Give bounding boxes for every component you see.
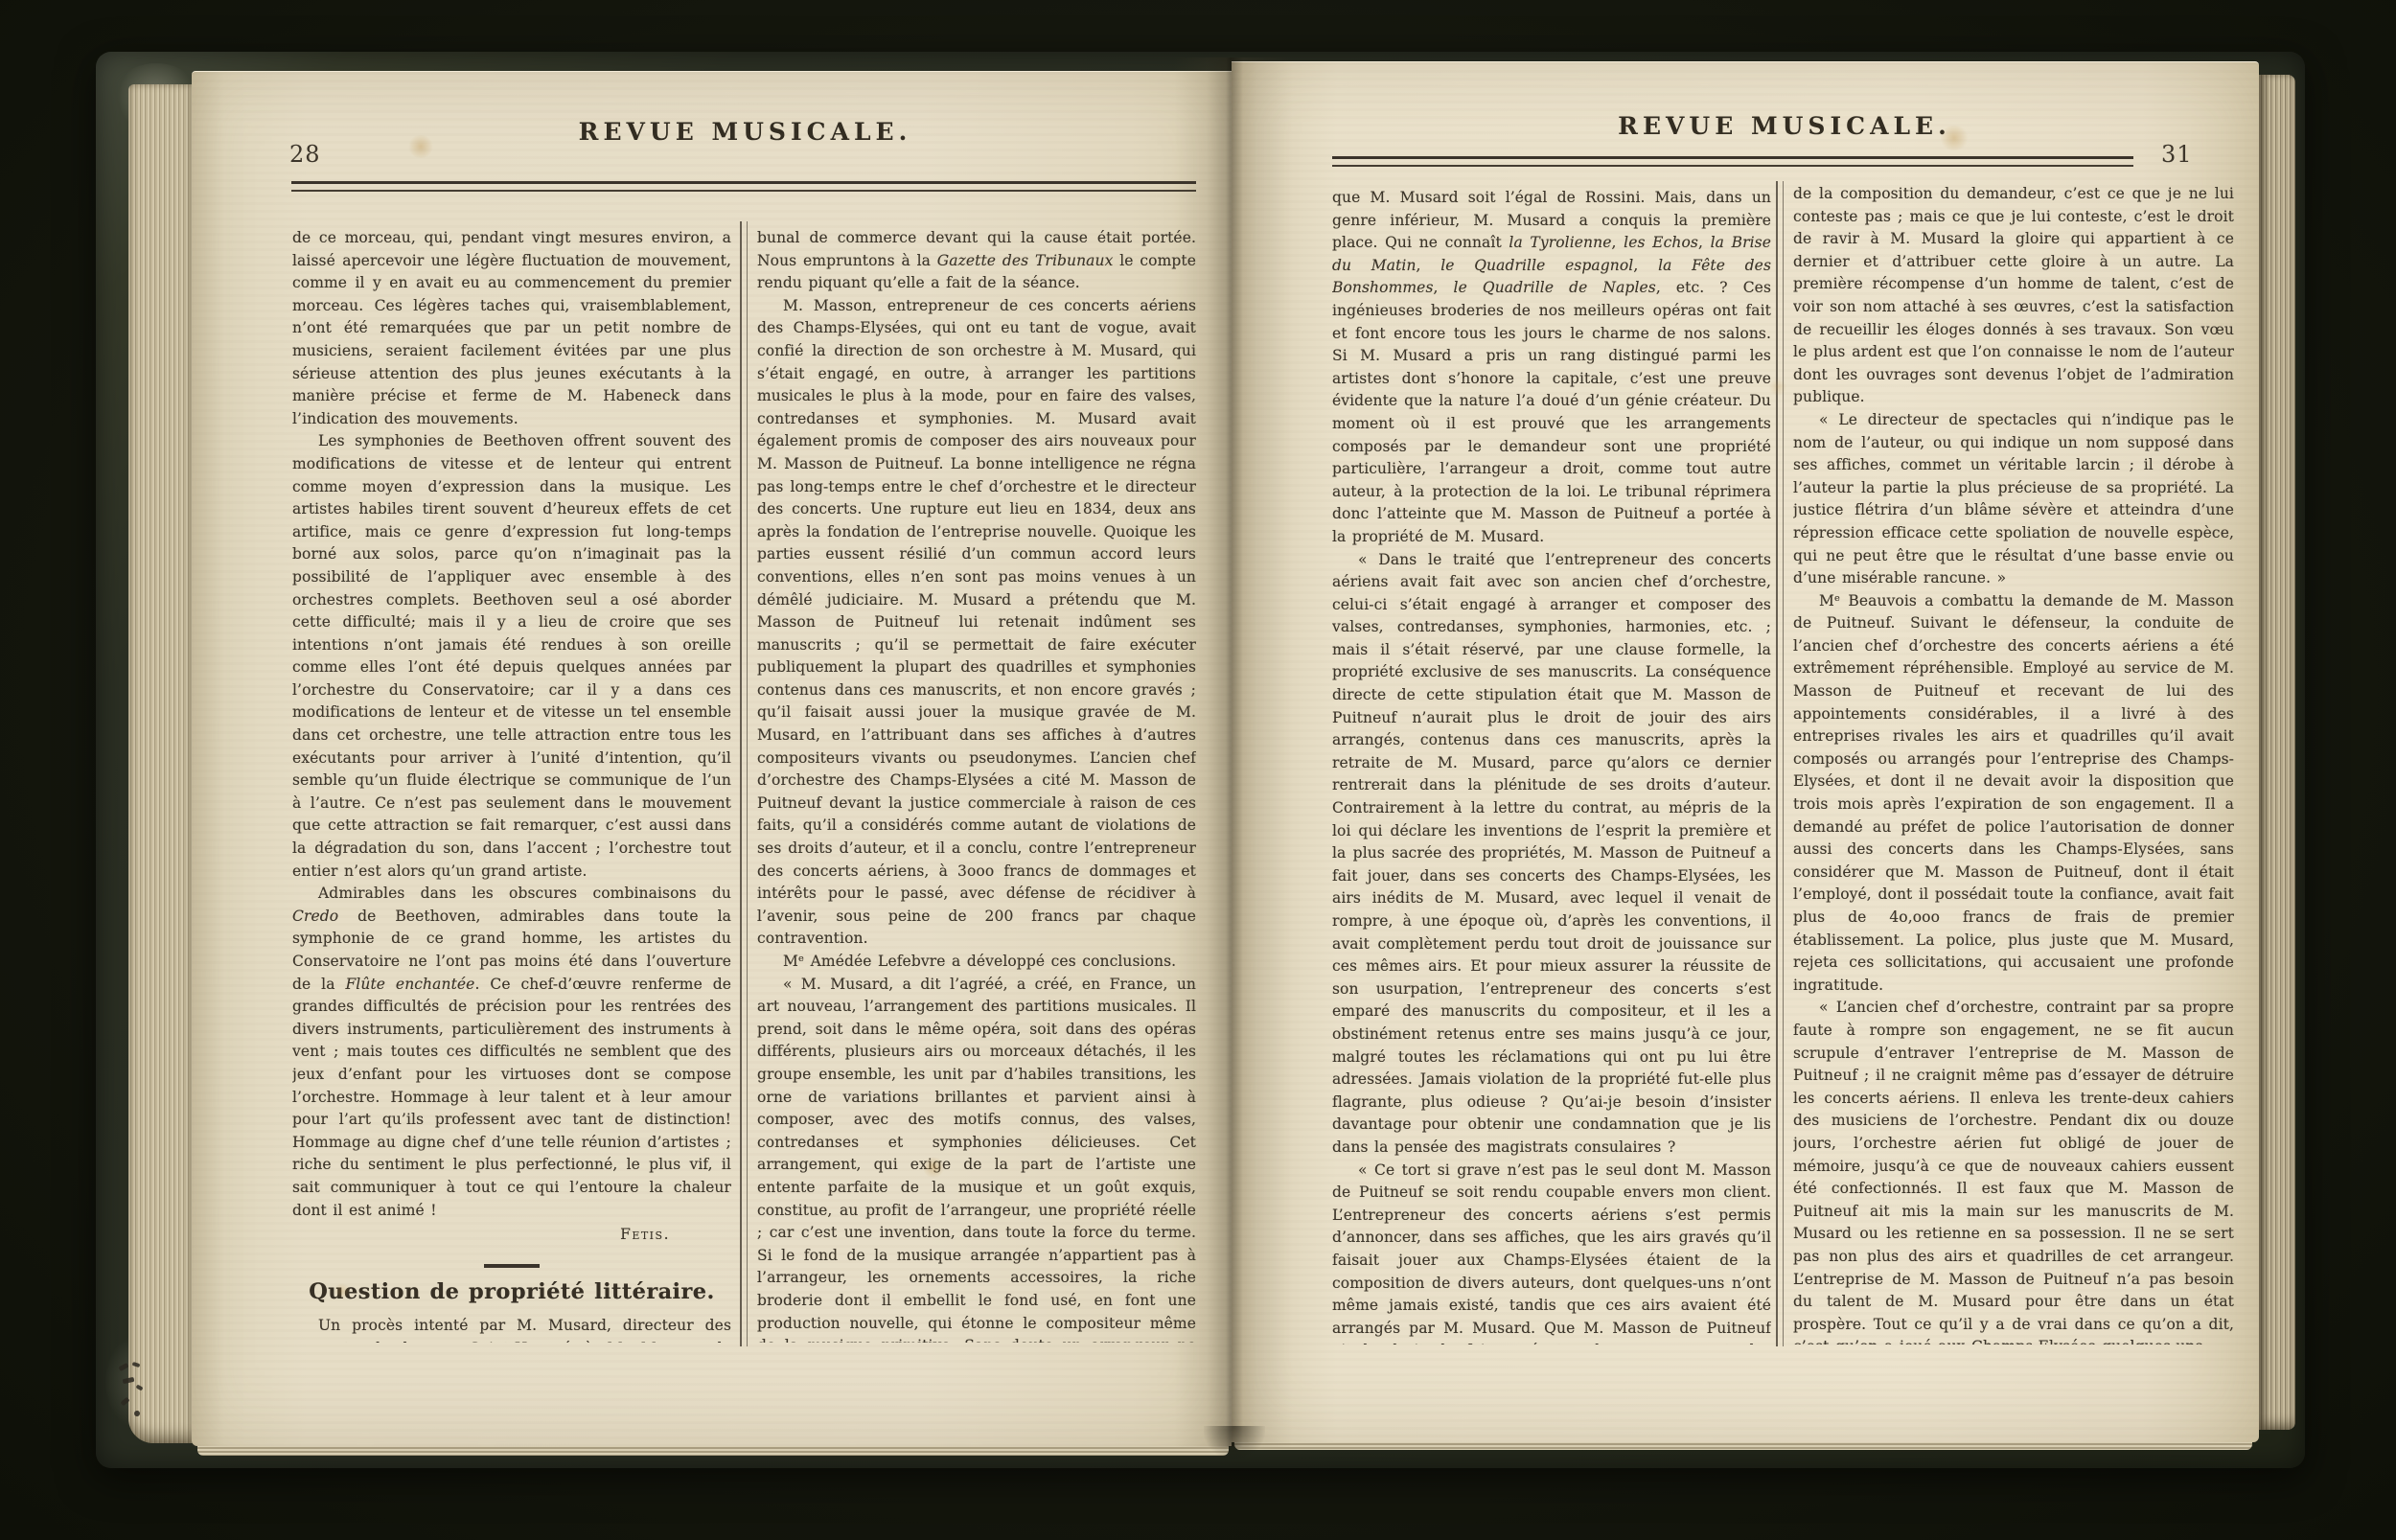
column-divider-right <box>1776 181 1784 1346</box>
paragraph: Les symphonies de Beethoven offrent souv… <box>292 430 731 883</box>
page-stack-bottom-left <box>197 1445 1229 1456</box>
page-stack-bottom-right <box>1234 1441 2252 1450</box>
text-column-left-2: bunal de commerce devant qui la cause ét… <box>757 227 1196 1343</box>
header-rule-right <box>1332 156 2133 167</box>
paragraph: Un procès intenté par M. Musard, directe… <box>292 1315 731 1343</box>
text-column-right-1: que M. Musard soit l’égal de Rossini. Ma… <box>1332 187 1771 1345</box>
page-left: 28 REVUE MUSICALE. de ce morceau, qui, p… <box>192 71 1232 1446</box>
paragraph: « Dans le traité que l’entrepreneur des … <box>1332 549 1771 1160</box>
paragraph: « Le directeur de spectacles qui n’indiq… <box>1793 409 2234 590</box>
page-stack-right <box>2259 75 2295 1430</box>
photo-background: 28 REVUE MUSICALE. de ce morceau, qui, p… <box>0 0 2396 1540</box>
header-rule-left <box>291 181 1196 192</box>
paragraph: Mᵉ Beauvois a combattu la demande de M. … <box>1793 590 2234 998</box>
page-stack-left <box>128 84 197 1443</box>
paragraph: Admirables dans les obscures combinaison… <box>292 883 731 1222</box>
section-divider-rule <box>484 1264 540 1268</box>
running-title-right: REVUE MUSICALE. <box>1332 112 2237 140</box>
paragraph: que M. Musard soit l’égal de Rossini. Ma… <box>1332 187 1771 549</box>
paragraph: M. Masson, entrepreneur de ces concerts … <box>757 295 1196 951</box>
paragraph: Mᵉ Amédée Lefebvre a développé ces concl… <box>757 951 1196 974</box>
page-right: REVUE MUSICALE. 31 que M. Musard soit l’… <box>1232 61 2259 1442</box>
running-title-left: REVUE MUSICALE. <box>292 118 1198 146</box>
author-signature: Fetis. <box>292 1224 731 1247</box>
paragraph: « L’ancien chef d’orchestre, contraint p… <box>1793 997 2234 1345</box>
section-heading: Question de propriété littéraire. <box>292 1281 731 1304</box>
text-column-right-2: de la composition du demandeur, c’est ce… <box>1793 183 2234 1345</box>
column-divider-left <box>740 221 748 1346</box>
text-column-left-1: de ce morceau, qui, pendant vingt mesure… <box>292 227 731 1343</box>
paragraph: de la composition du demandeur, c’est ce… <box>1793 183 2234 409</box>
paragraph: « M. Musard, a dit l’agréé, a créé, en F… <box>757 974 1196 1343</box>
page-number-right: 31 <box>2161 141 2193 168</box>
paragraph: de ce morceau, qui, pendant vingt mesure… <box>292 227 731 430</box>
paragraph: bunal de commerce devant qui la cause ét… <box>757 227 1196 295</box>
paragraph: « Ce tort si grave n’est pas le seul don… <box>1332 1160 1771 1345</box>
